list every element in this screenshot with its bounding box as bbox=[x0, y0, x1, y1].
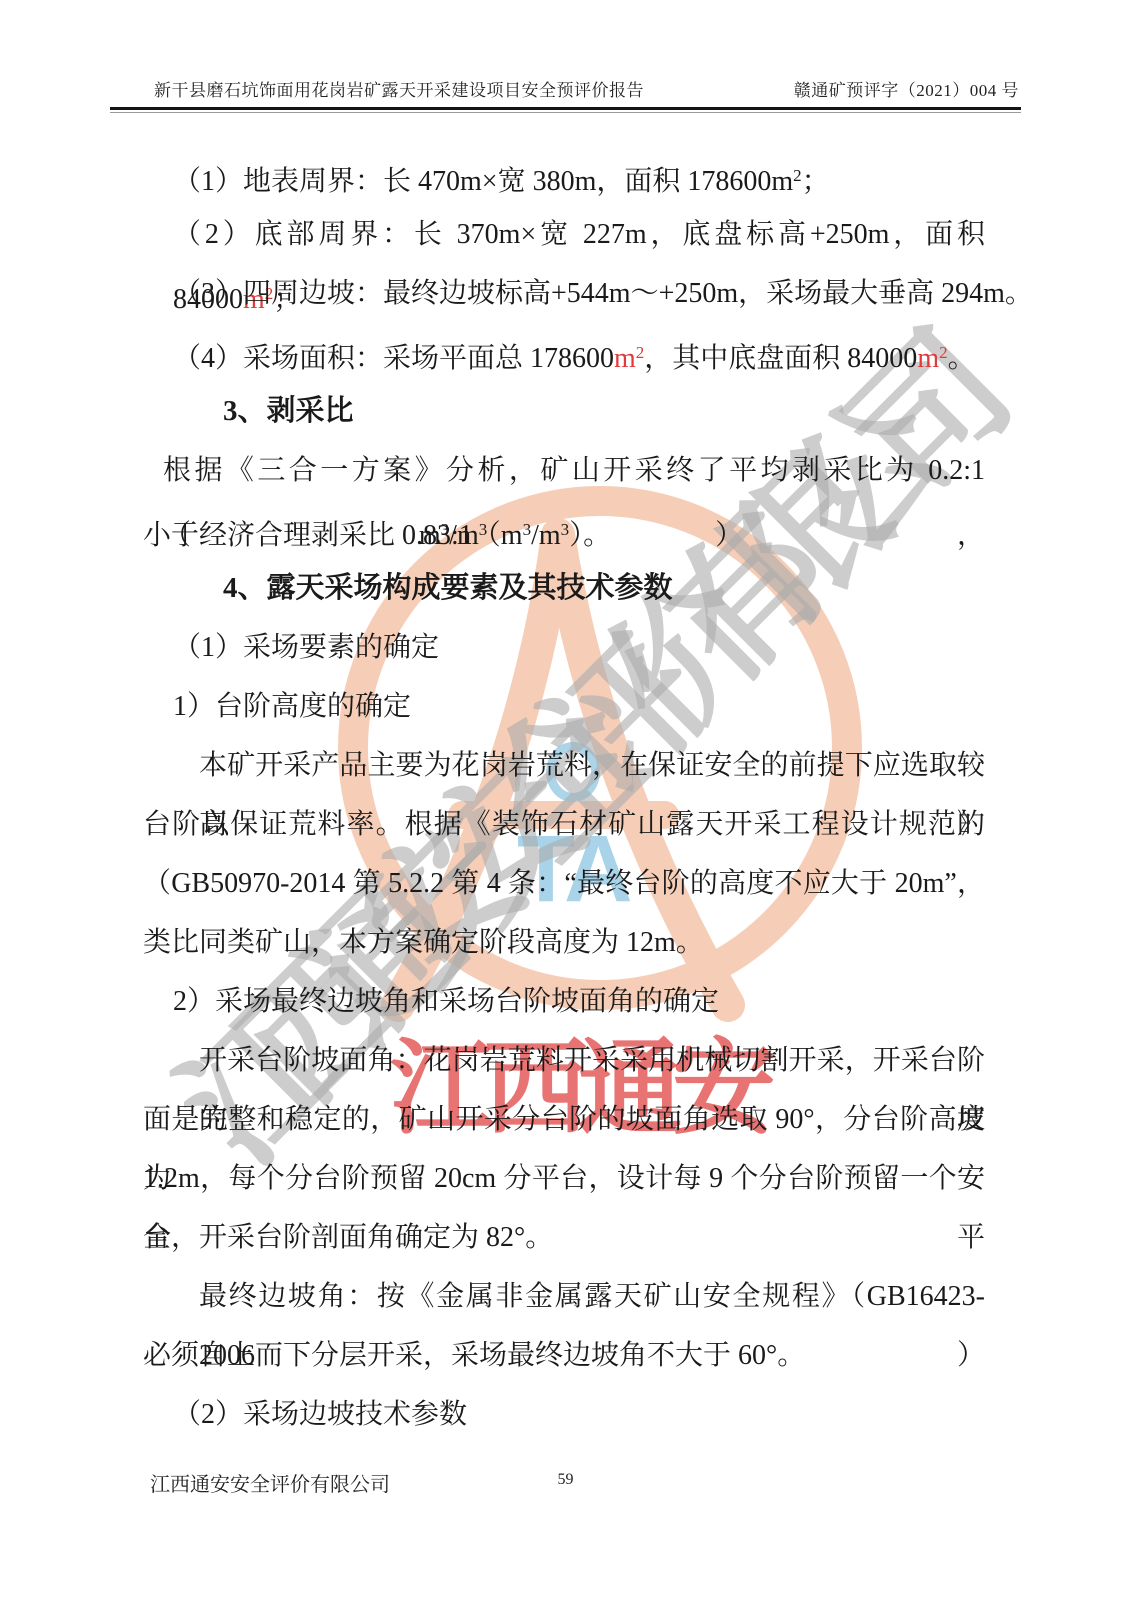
document-body: （1）地表周界：长 470m×宽 380m，面积 178600m2；（2）底部周… bbox=[143, 146, 985, 1444]
text-segment: （3）四周边坡：最终边坡标高+544m～+250m，采场最大垂高 294m。 bbox=[173, 278, 1033, 309]
header-rule bbox=[110, 107, 1021, 110]
text-line: 根据《三合一方案》分析，矿山开采终了平均剥采比为 0.2:1（m3/m3）， bbox=[143, 441, 985, 500]
page-header: 新干县磨石坑饰面用花岗岩矿露天开采建设项目安全预评价报告 赣通矿预评字（2021… bbox=[110, 76, 1021, 113]
header-report-title: 新干县磨石坑饰面用花岗岩矿露天开采建设项目安全预评价报告 bbox=[154, 76, 644, 101]
text-segment: m bbox=[614, 343, 636, 374]
text-line: （1）采场要素的确定 bbox=[143, 618, 985, 677]
text-segment: 小于经济合理剥采比 0.83:1（m bbox=[143, 520, 523, 551]
text-line: 类比同类矿山，本方案确定阶段高度为 12m。 bbox=[143, 913, 985, 972]
text-segment: 类比同类矿山，本方案确定阶段高度为 12m。 bbox=[143, 927, 704, 958]
text-segment: m bbox=[917, 343, 939, 374]
text-segment: 。 bbox=[948, 343, 976, 374]
text-line: 面是完整和稳定的，矿山开采分台阶的坡面角选取 90°，分台阶高度为 bbox=[143, 1090, 985, 1149]
text-segment: （1）采场要素的确定 bbox=[173, 632, 439, 663]
text-segment: 2 bbox=[793, 166, 802, 185]
text-line: 2）采场最终边坡角和采场台阶坡面角的确定 bbox=[143, 972, 985, 1031]
text-segment: 1）台阶高度的确定 bbox=[173, 691, 411, 722]
text-line: 1.2m，每个分台阶预留 20cm 分平台，设计每 9 个分台阶预留一个安全平 bbox=[143, 1149, 985, 1208]
text-segment: /m bbox=[531, 520, 561, 551]
text-line: 3、剥采比 bbox=[143, 382, 985, 441]
report-page: TA 江西通安安全评价有限公司 江西通安 新干县磨石坑饰面用花岗岩矿露天开采建设… bbox=[0, 0, 1131, 1600]
text-line: （4）采场面积：采场平面总 178600m2，其中底盘面积 84000m2。 bbox=[143, 323, 985, 382]
text-segment: 2 bbox=[939, 343, 948, 362]
text-line: 4、露天采场构成要素及其技术参数 bbox=[143, 559, 985, 618]
text-line: （2）采场边坡技术参数 bbox=[143, 1385, 985, 1444]
text-segment: 台阶以保证荒料率。根据《装饰石材矿山露天开采工程设计规范》 bbox=[143, 809, 985, 840]
text-line: 本矿开采产品主要为花岗岩荒料，在保证安全的前提下应选取较高的 bbox=[143, 736, 985, 795]
text-segment: 4、露天采场构成要素及其技术参数 bbox=[223, 572, 673, 604]
text-line: （3）四周边坡：最终边坡标高+544m～+250m，采场最大垂高 294m。 bbox=[143, 264, 985, 323]
header-rule-thin bbox=[110, 112, 1021, 113]
text-line: 最终边坡角：按《金属非金属露天矿山安全规程》（GB16423-2006） bbox=[143, 1267, 985, 1326]
page-number: 59 bbox=[0, 1471, 1131, 1489]
page-footer: 江西通安安全评价有限公司 59 bbox=[0, 1462, 1131, 1502]
text-segment: ，其中底盘面积 84000 bbox=[644, 343, 917, 374]
text-line: （GB50970-2014 第 5.2.2 第 4 条：“最终台阶的高度不应大于… bbox=[143, 854, 985, 913]
text-segment: ； bbox=[802, 166, 830, 197]
text-line: 台阶以保证荒料率。根据《装饰石材矿山露天开采工程设计规范》 bbox=[143, 795, 985, 854]
text-line: 1）台阶高度的确定 bbox=[143, 677, 985, 736]
text-line: （1）地表周界：长 470m×宽 380m，面积 178600m2； bbox=[143, 146, 985, 205]
text-line: （2）底部周界：长 370m×宽 227m，底盘标高+250m，面积 84000… bbox=[143, 205, 985, 264]
text-segment: （GB50970-2014 第 5.2.2 第 4 条：“最终台阶的高度不应大于… bbox=[143, 868, 985, 899]
text-segment: 台，开采台阶剖面角确定为 82°。 bbox=[143, 1222, 553, 1253]
header-doc-number: 赣通矿预评字（2021）004 号 bbox=[794, 76, 1019, 101]
text-line: 开采台阶坡面角：花岗岩荒料开采采用机械切割开采，开采台阶的坡 bbox=[143, 1031, 985, 1090]
text-segment: ）。 bbox=[569, 520, 611, 551]
text-segment: 必须自上而下分层开采，采场最终边坡角不大于 60°。 bbox=[143, 1340, 805, 1371]
text-segment: 3 bbox=[561, 520, 570, 539]
text-segment: 3、剥采比 bbox=[223, 395, 354, 427]
text-segment: （4）采场面积：采场平面总 178600 bbox=[173, 343, 614, 374]
text-segment: （2）采场边坡技术参数 bbox=[173, 1399, 467, 1430]
text-segment: （1）地表周界：长 470m×宽 380m，面积 178600m bbox=[173, 166, 793, 197]
text-segment: 2）采场最终边坡角和采场台阶坡面角的确定 bbox=[173, 986, 719, 1017]
text-segment: 3 bbox=[523, 520, 532, 539]
